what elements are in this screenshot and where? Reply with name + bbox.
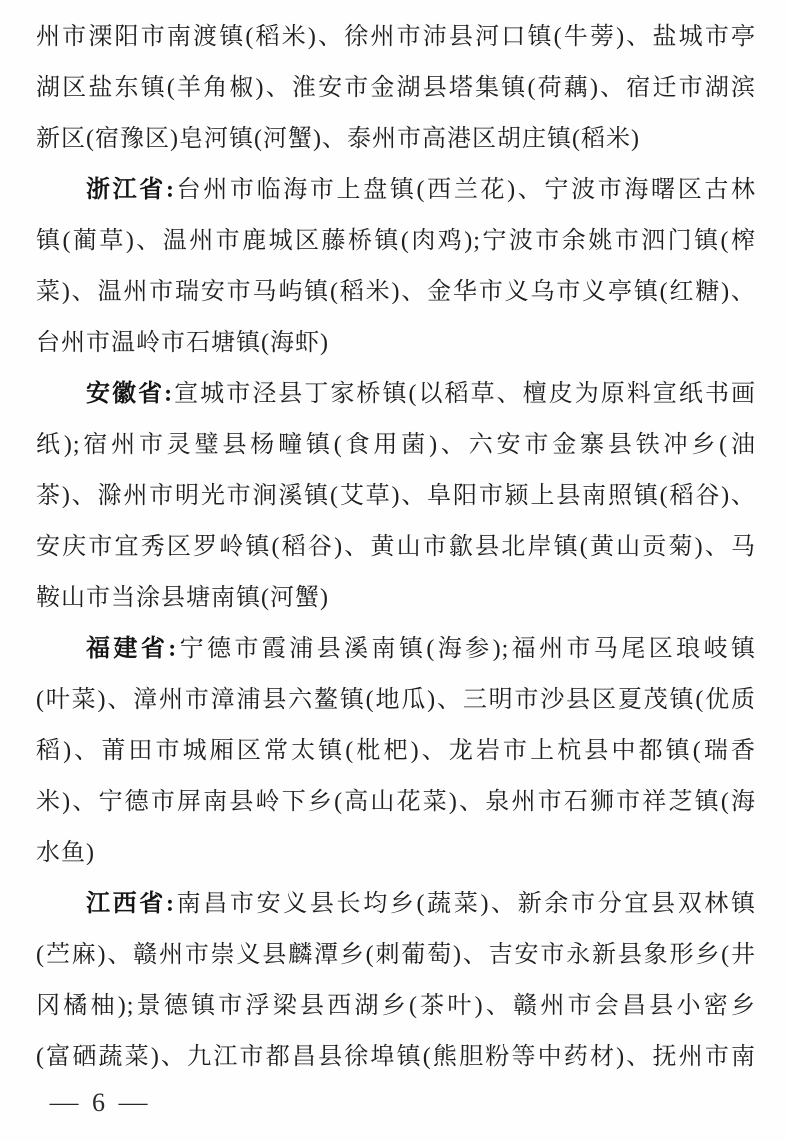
text-line: 州市溧阳市南渡镇(稻米)、徐州市沛县河口镇(牛蒡)、盐城市亭	[36, 12, 756, 63]
text-line: 福建省:宁德市霞浦县溪南镇(海参);福州市马尾区琅岐镇	[36, 624, 756, 675]
text-line: 稻)、莆田市城厢区常太镇(枇杷)、龙岩市上杭县中都镇(瑞香	[36, 726, 756, 777]
page-footer: — 6 —	[52, 1088, 145, 1118]
document-page: 州市溧阳市南渡镇(稻米)、徐州市沛县河口镇(牛蒡)、盐城市亭湖区盐东镇(羊角椒)…	[0, 0, 786, 1141]
text-line: 浙江省:台州市临海市上盘镇(西兰花)、宁波市海曙区古林	[36, 165, 756, 216]
text-line: 新区(宿豫区)皂河镇(河蟹)、泰州市高港区胡庄镇(稻米)	[36, 114, 756, 165]
text-line: 水鱼)	[36, 828, 756, 879]
footer-page-number: 6	[92, 1088, 105, 1118]
text-line: 米)、宁德市屏南县岭下乡(高山花菜)、泉州市石狮市祥芝镇(海	[36, 777, 756, 828]
text-line: (苎麻)、赣州市崇义县麟潭乡(刺葡萄)、吉安市永新县象形乡(井	[36, 930, 756, 981]
footer-dash-left: —	[50, 1090, 79, 1117]
text-line: 镇(蔺草)、温州市鹿城区藤桥镇(肉鸡);宁波市余姚市泗门镇(榨	[36, 216, 756, 267]
text-line: 台州市温岭市石塘镇(海虾)	[36, 318, 756, 369]
text-line: 湖区盐东镇(羊角椒)、淮安市金湖县塔集镇(荷藕)、宿迁市湖滨	[36, 63, 756, 114]
text-line: 江西省:南昌市安义县长均乡(蔬菜)、新余市分宜县双林镇	[36, 879, 756, 930]
text-line: 安庆市宜秀区罗岭镇(稻谷)、黄山市歙县北岸镇(黄山贡菊)、马	[36, 522, 756, 573]
text-line: 茶)、滁州市明光市涧溪镇(艾草)、阜阳市颍上县南照镇(稻谷)、	[36, 471, 756, 522]
text-line: 菜)、温州市瑞安市马屿镇(稻米)、金华市义乌市义亭镇(红糖)、	[36, 267, 756, 318]
text-line: 纸);宿州市灵璧县杨疃镇(食用菌)、六安市金寨县铁冲乡(油	[36, 420, 756, 471]
footer-dash-right: —	[119, 1090, 148, 1117]
province-name: 江西省:	[86, 891, 175, 917]
text-line: 冈橘柚);景德镇市浮梁县西湖乡(茶叶)、赣州市会昌县小密乡	[36, 981, 756, 1032]
province-name: 安徽省:	[86, 381, 173, 407]
province-name: 福建省:	[86, 636, 177, 662]
province-name: 浙江省:	[86, 177, 175, 203]
text-line: (富硒蔬菜)、九江市都昌县徐埠镇(熊胆粉等中药材)、抚州市南	[36, 1032, 756, 1083]
text-line: 安徽省:宣城市泾县丁家桥镇(以稻草、檀皮为原料宣纸书画	[36, 369, 756, 420]
document-body: 州市溧阳市南渡镇(稻米)、徐州市沛县河口镇(牛蒡)、盐城市亭湖区盐东镇(羊角椒)…	[36, 12, 756, 1083]
text-line: (叶菜)、漳州市漳浦县六鳌镇(地瓜)、三明市沙县区夏茂镇(优质	[36, 675, 756, 726]
text-line: 鞍山市当涂县塘南镇(河蟹)	[36, 573, 756, 624]
